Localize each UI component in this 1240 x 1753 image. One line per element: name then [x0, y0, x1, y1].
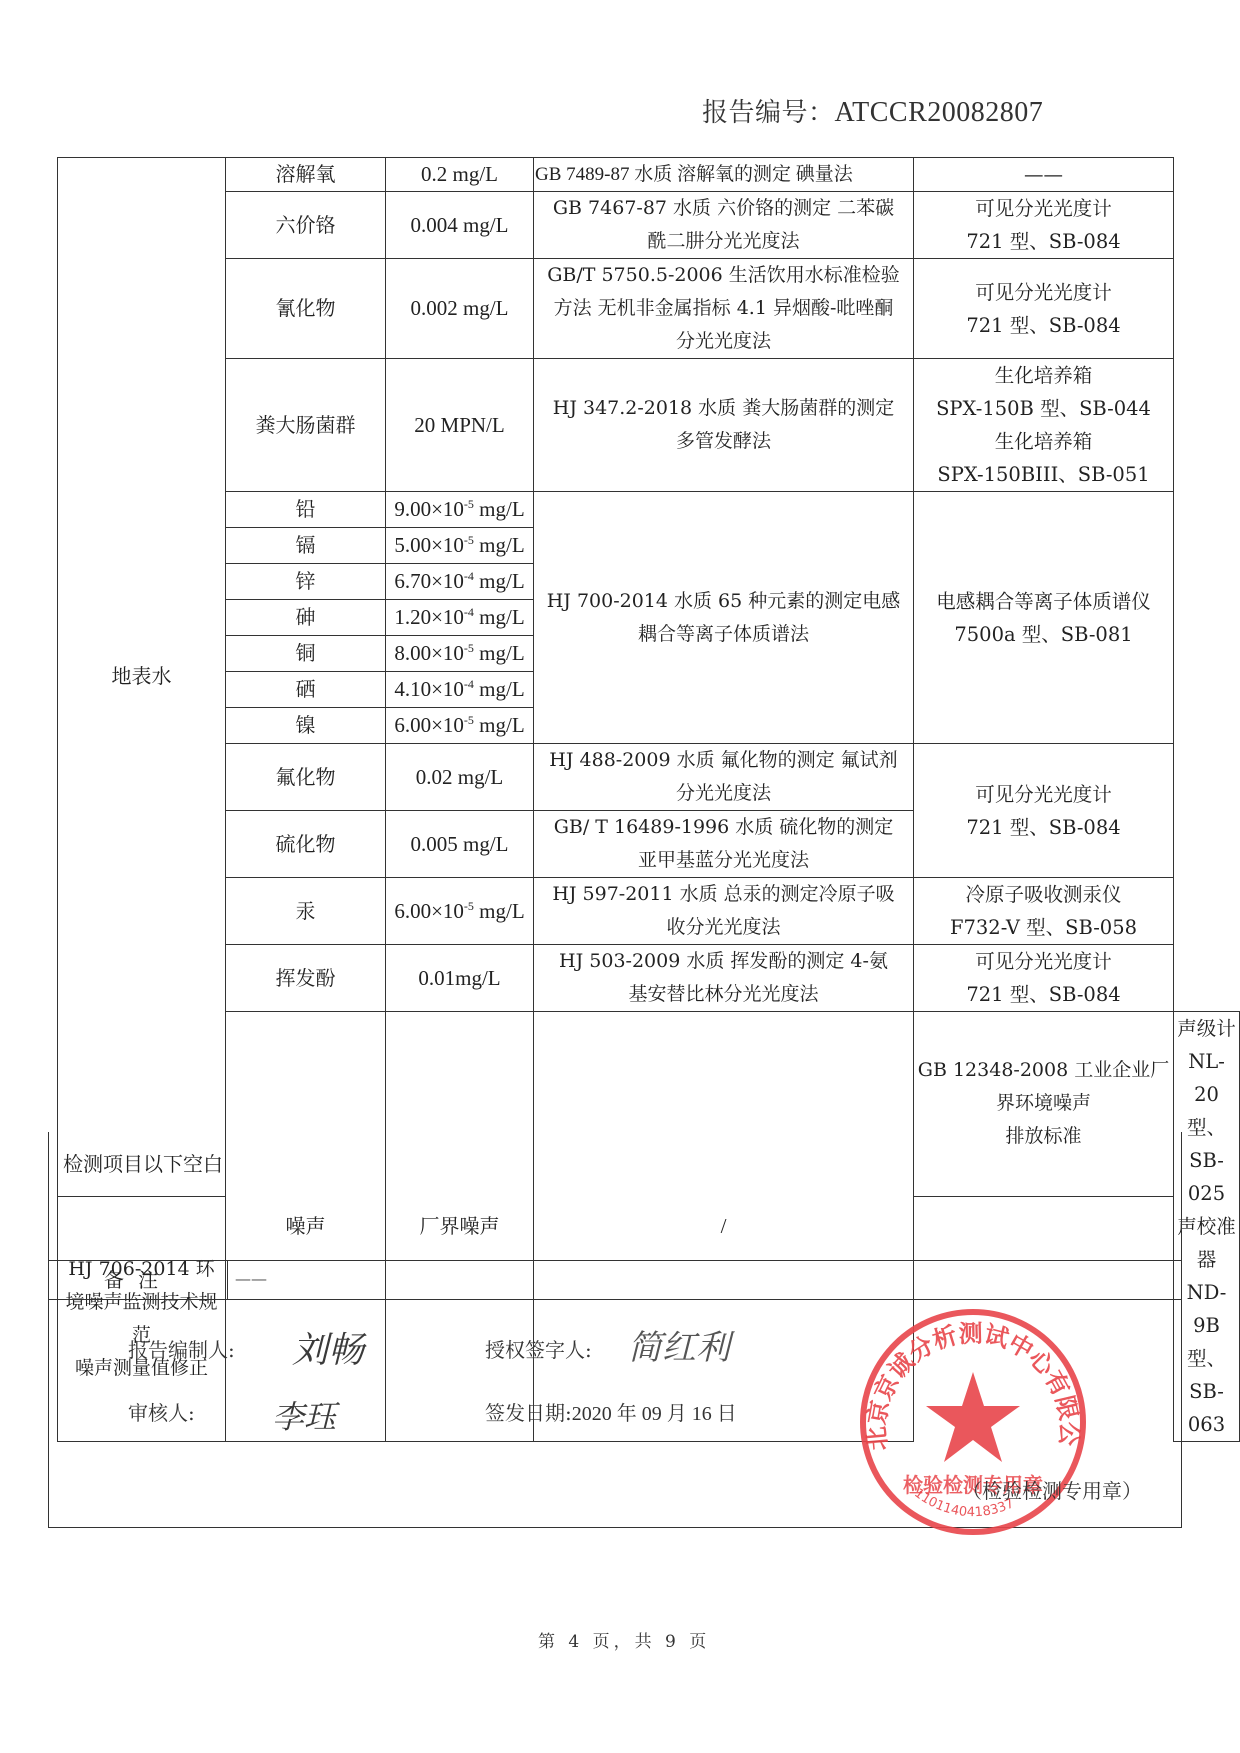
equipment-cell: 可见分光光度计721 型、SB-084	[914, 259, 1174, 359]
item-cell: 汞	[226, 878, 386, 945]
limit-cell: 8.00×10-5 mg/L	[386, 636, 534, 672]
item-cell: 铅	[226, 492, 386, 528]
equipment-cell: 可见分光光度计721 型、SB-084	[914, 192, 1174, 259]
blank-note: 检测项目以下空白	[63, 1148, 223, 1177]
limit-cell: 9.00×10-5 mg/L	[386, 492, 534, 528]
stamp-caption: （检验检测专用章）	[962, 1475, 1142, 1504]
table-row: 粪大肠菌群 20 MPN/L HJ 347.2-2018 水质 粪大肠菌群的测定…	[58, 359, 1240, 492]
equipment-cell: 可见分光光度计721 型、SB-084	[914, 744, 1174, 878]
table-row: 六价铬 0.004 mg/L GB 7467-87 水质 六价铬的测定 二苯碳酰…	[58, 192, 1240, 259]
method-cell: HJ 488-2009 水质 氟化物的测定 氟试剂分光光度法	[534, 744, 914, 811]
method-cell: HJ 700-2014 水质 65 种元素的测定电感耦合等离子体质谱法	[534, 492, 914, 744]
item-cell: 氟化物	[226, 744, 386, 811]
equipment-cell: 可见分光光度计721 型、SB-084	[914, 945, 1174, 1012]
method-cell: GB 7489-87 水质 溶解氧的测定 碘量法	[534, 158, 914, 192]
compiler-label: 报告编制人:	[128, 1334, 235, 1363]
remark-value: ——	[235, 1261, 267, 1297]
limit-cell: 20 MPN/L	[386, 359, 534, 492]
method-cell: GB 7467-87 水质 六价铬的测定 二苯碳酰二肼分光光度法	[534, 192, 914, 259]
limit-cell: 0.01mg/L	[386, 945, 534, 1012]
report-number-value: ATCCR20082807	[835, 97, 1044, 128]
item-cell: 溶解氧	[226, 158, 386, 192]
table-row: 氟化物 0.02 mg/L HJ 488-2009 水质 氟化物的测定 氟试剂分…	[58, 744, 1240, 811]
equipment-cell: 电感耦合等离子体质谱仪7500a 型、SB-081	[914, 492, 1174, 744]
item-cell: 硫化物	[226, 811, 386, 878]
equipment-cell: ——	[914, 158, 1174, 192]
equipment-cell: 冷原子吸收测汞仪F732-V 型、SB-058	[914, 878, 1174, 945]
method-cell: GB/ T 16489-1996 水质 硫化物的测定亚甲基蓝分光光度法	[534, 811, 914, 878]
limit-cell: 0.2 mg/L	[386, 158, 534, 192]
page-number: 第 4 页，共 9 页	[538, 1627, 710, 1652]
limit-cell: 1.20×10-4 mg/L	[386, 600, 534, 636]
item-cell: 粪大肠菌群	[226, 359, 386, 492]
table-row: 汞 6.00×10-5 mg/L HJ 597-2011 水质 总汞的测定冷原子…	[58, 878, 1240, 945]
remark-label: 备注	[49, 1261, 228, 1299]
category-cell: 地表水	[58, 158, 226, 1197]
equipment-cell: 生化培养箱SPX-150B 型、SB-044生化培养箱SPX-150BIII、S…	[914, 359, 1174, 492]
method-cell: GB/T 5750.5-2006 生活饮用水标准检验方法 无机非金属指标 4.1…	[534, 259, 914, 359]
compiler-signature: 刘畅	[292, 1322, 364, 1373]
remark-row: 备注 ——	[49, 1260, 1181, 1300]
authorizer-signature: 简红利	[628, 1320, 730, 1369]
limit-cell: 6.70×10-4 mg/L	[386, 564, 534, 600]
item-cell: 砷	[226, 600, 386, 636]
report-number: 报告编号：ATCCR20082807	[702, 92, 1043, 129]
limit-cell: 0.005 mg/L	[386, 811, 534, 878]
limit-cell: 0.002 mg/L	[386, 259, 534, 359]
reviewer-signature: 李珏	[272, 1392, 336, 1438]
item-cell: 锌	[226, 564, 386, 600]
limit-cell: 6.00×10-5 mg/L	[386, 708, 534, 744]
item-cell: 挥发酚	[226, 945, 386, 1012]
report-number-label: 报告编号：	[702, 98, 835, 128]
item-cell: 铜	[226, 636, 386, 672]
method-cell: HJ 347.2-2018 水质 粪大肠菌群的测定多管发酵法	[534, 359, 914, 492]
item-cell: 镍	[226, 708, 386, 744]
limit-cell: 0.02 mg/L	[386, 744, 534, 811]
method-cell: HJ 503-2009 水质 挥发酚的测定 4-氨基安替比林分光光度法	[534, 945, 914, 1012]
method-cell: HJ 597-2011 水质 总汞的测定冷原子吸收分光光度法	[534, 878, 914, 945]
item-cell: 氰化物	[226, 259, 386, 359]
equipment-cell: 声级计NL-20 型、SB-025声校准器ND-9B 型、SB-063	[1174, 1012, 1240, 1442]
item-cell: 六价铬	[226, 192, 386, 259]
reviewer-label: 审核人:	[128, 1397, 195, 1426]
limit-cell: 5.00×10-5 mg/L	[386, 528, 534, 564]
issue-date: 签发日期:2020 年 09 月 16 日	[485, 1397, 737, 1426]
limit-cell: 0.004 mg/L	[386, 192, 534, 259]
table-row: 铅 9.00×10-5 mg/L HJ 700-2014 水质 65 种元素的测…	[58, 492, 1240, 528]
item-cell: 硒	[226, 672, 386, 708]
table-row: 地表水 溶解氧 0.2 mg/L GB 7489-87 水质 溶解氧的测定 碘量…	[58, 158, 1240, 192]
table-row: 挥发酚 0.01mg/L HJ 503-2009 水质 挥发酚的测定 4-氨基安…	[58, 945, 1240, 1012]
table-row: 氰化物 0.002 mg/L GB/T 5750.5-2006 生活饮用水标准检…	[58, 259, 1240, 359]
authorizer-label: 授权签字人:	[485, 1334, 592, 1363]
limit-cell: 6.00×10-5 mg/L	[386, 878, 534, 945]
limit-cell: 4.10×10-4 mg/L	[386, 672, 534, 708]
item-cell: 镉	[226, 528, 386, 564]
